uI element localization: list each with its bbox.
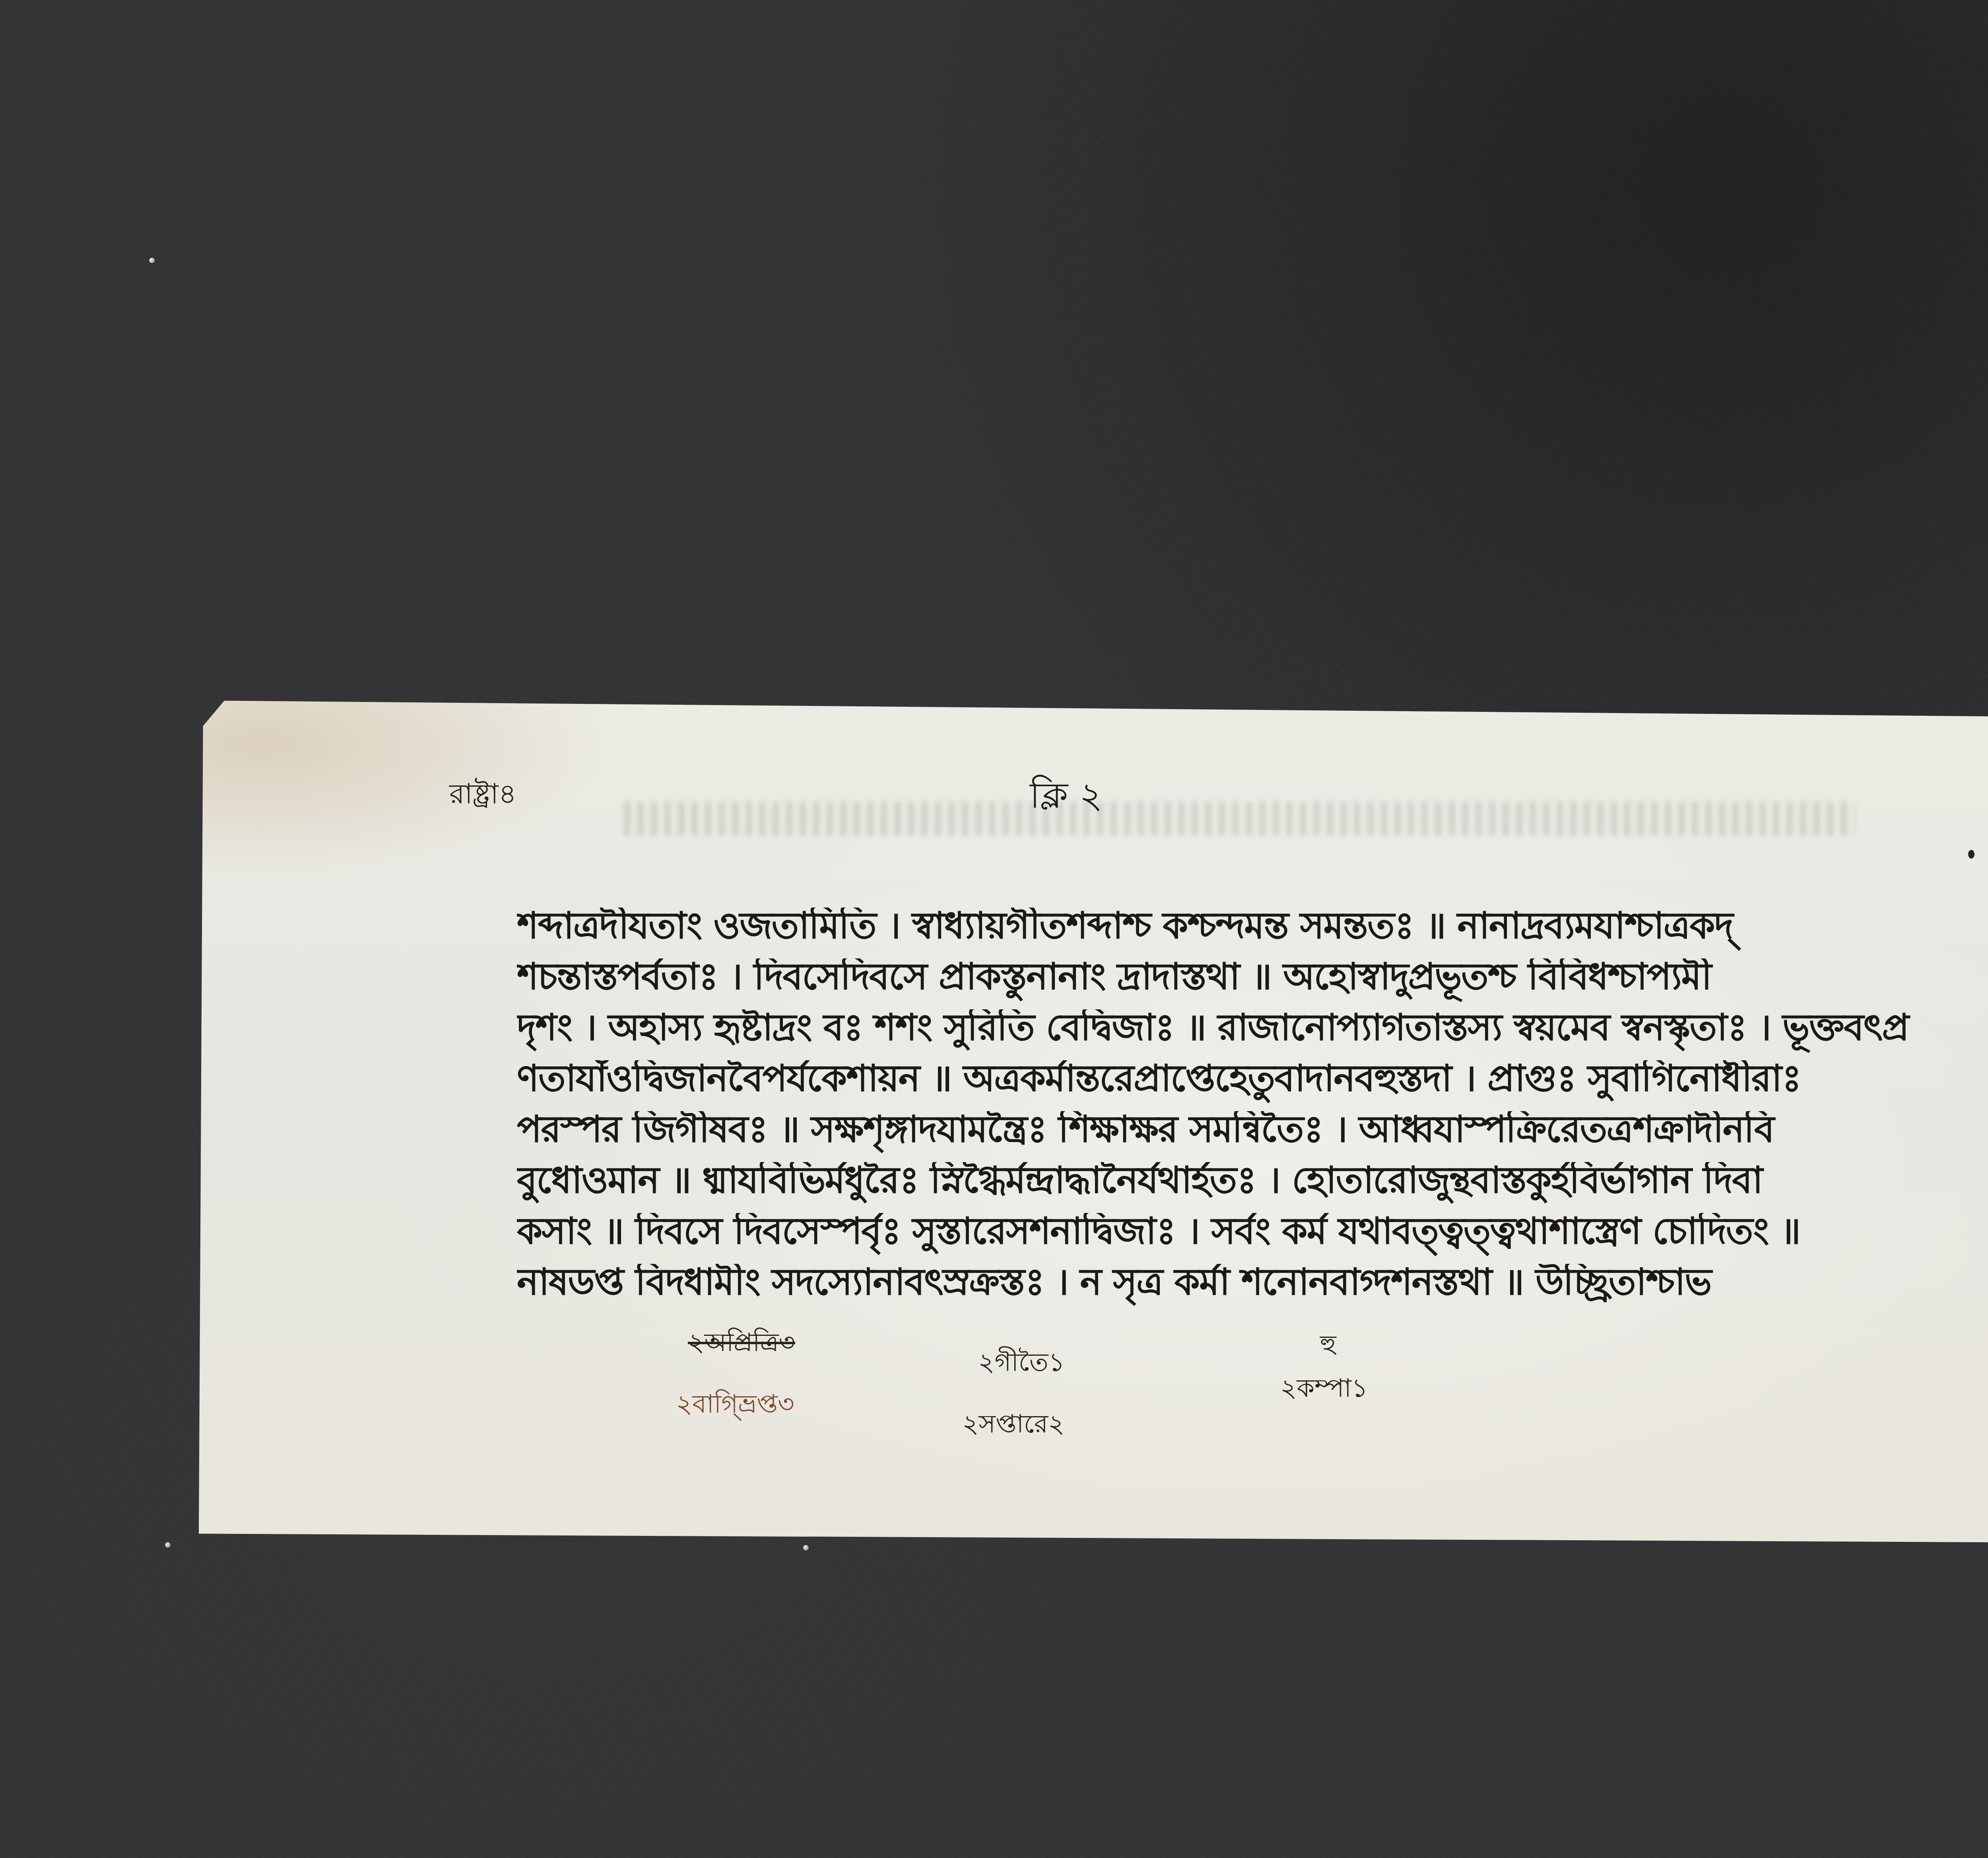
mounting-pin [165,1542,171,1548]
manuscript-line: বুধোওমান ॥ ধ্মাযবিভির্মধুরৈঃ স্নিগ্ধৈর্ম… [517,1162,1988,1213]
manuscript-line: কসাং ॥ দিবসে দিবসেস্পর্বৃঃ সুস্তারেসশনাদ… [517,1213,1988,1264]
leaf-header-left: রাষ্ট্রা৪ [449,772,516,819]
dark-background: রাষ্ট্রা৪ ক্লি ২ শব্দাত্রদীযতাং ওজতামিতি… [0,0,1988,1858]
manuscript-line: পরস্পর জিগীষবঃ ॥ সক্ষশৃঙ্গাদযামন্ত্রৈঃ শ… [517,1111,1988,1162]
show-through-text [623,802,1855,836]
manuscript-line: ণতাযাঁওদ্বিজানবৈপর্যকেশায়ন ॥ অত্রকর্মান… [517,1060,1988,1111]
ink-dot [1968,850,1974,859]
bottom-note: ২কম্পা১ [1280,1369,1368,1411]
manuscript-line: শচন্তাস্তপর্বতাঃ । দিবসেদিবসে প্রাকস্তুন… [517,958,1988,1009]
manuscript-line: নাষডপ্ত বিদধামীং সদস্যোনাবৎস্রক্রস্তঃ । … [517,1264,1988,1315]
bottom-note: ২বাগ্ভ্রিপ্ত৩ [676,1385,794,1427]
mounting-pin [149,258,155,263]
manuscript-line: শব্দাত্রদীযতাং ওজতামিতি । স্বাধ্যায়গীতশ… [517,908,1988,958]
bottom-note: ২সপ্তারে২ [962,1405,1065,1447]
manuscript-line: দৃশং । অহাস্য হৃষ্টাদ্রং বঃ শশং সুরিতি ব… [517,1009,1988,1060]
leaf-header-center: ক্লি ২ [1030,768,1103,828]
bottom-note-struck: ২অপ্রিত্রি৩ [688,1323,795,1366]
manuscript-text-block: শব্দাত্রদীযতাং ওজতামিতি । স্বাধ্যায়গীতশ… [517,908,1988,1315]
bottom-note: হু [1320,1325,1336,1368]
mounting-pin [803,1545,809,1551]
manuscript-leaf: রাষ্ট্রা৪ ক্লি ২ শব্দাত্রদীযতাং ওজতামিতি… [199,701,1988,1544]
bottom-note: ২গীতৈ১ [978,1343,1065,1386]
